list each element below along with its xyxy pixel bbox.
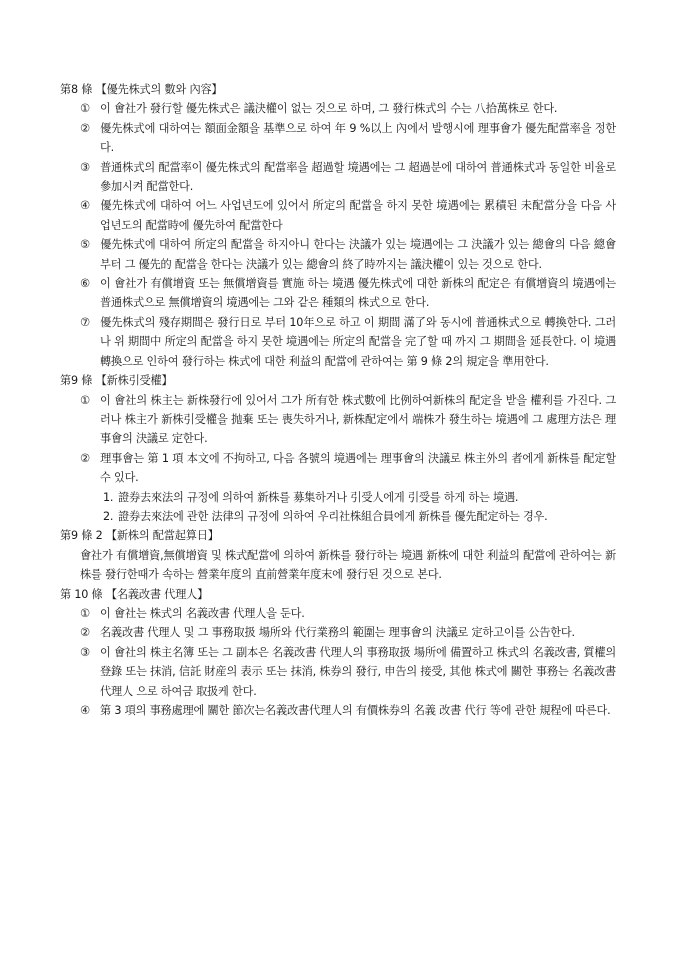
paragraph-number: ⑤: [80, 235, 100, 254]
article-9: 第9 條 【新株引受權】 ①이 會社의 株主는 新株發行에 있어서 그가 所有한…: [60, 371, 616, 526]
paragraph-text: 優先株式에 대하여 所定의 配當을 하지아니 한다는 決議가 있는 境遇에는 그…: [100, 238, 616, 270]
paragraph-text: 이 會社의 株主는 新株發行에 있어서 그가 所有한 株式數에 比例하여新株의 …: [100, 394, 616, 446]
article-9-2: 第9 條 2 【新株의 配當起算日】 會社가 有償增資,無償增資 및 株式配當에…: [60, 526, 616, 584]
paragraph: ①이 會社의 株主는 新株發行에 있어서 그가 所有한 株式數에 比例하여新株의…: [60, 391, 616, 449]
sub-item-number: 2.: [103, 507, 118, 526]
sub-item-number: 1.: [103, 488, 118, 507]
paragraph: ④優先株式에 대하여 어느 사업년도에 있어서 所定의 配當을 하지 못한 境遇…: [60, 196, 616, 235]
paragraph: ④第 3 項의 事務處理에 關한 節次는名義改書代理人의 有價株券의 名義 改書…: [60, 701, 616, 720]
paragraph-text: 優先株式의 殘存期間은 發行日로 부터 10年으로 하고 이 期間 滿了와 동시…: [100, 316, 616, 368]
paragraph-text: 普通株式의 配當率이 優先株式의 配當率을 超過할 境遇에는 그 超過분에 대하…: [100, 161, 616, 193]
document-body: 第8 條 【優先株式의 數와 內容】 ①이 會社가 發行할 優先株式은 議決權이…: [60, 80, 616, 720]
paragraph-number: ①: [80, 604, 100, 623]
sub-item-text: 證券去來法에 관한 法律의 규정에 의하여 우리社株組合員에게 新株를 優先配定…: [118, 510, 548, 523]
paragraph: ⑤優先株式에 대하여 所定의 配當을 하지아니 한다는 決議가 있는 境遇에는 …: [60, 235, 616, 274]
paragraph-text: 優先株式에 대하여 어느 사업년도에 있어서 所定의 配當을 하지 못한 境遇에…: [100, 199, 616, 231]
sub-item-text: 證券去來法의 규정에 의하여 新株를 募集하거나 引受人에게 引受를 하게 하는…: [118, 491, 518, 504]
paragraph: ③普通株式의 配當率이 優先株式의 配當率을 超過할 境遇에는 그 超過분에 대…: [60, 158, 616, 197]
paragraph-text: 名義改書 代理人 및 그 事務取扱 場所와 代行業務의 範圍는 理事會의 決議로…: [100, 626, 575, 639]
paragraph-number: ⑥: [80, 274, 100, 293]
paragraph-number: ③: [80, 643, 100, 662]
paragraph: ③이 會社의 株主名簿 또는 그 副本은 名義改書 代理人의 事務取扱 場所에 …: [60, 643, 616, 701]
paragraph-text: 이 會社의 株主名簿 또는 그 副本은 名義改書 代理人의 事務取扱 場所에 備…: [100, 646, 616, 698]
paragraph-number: ②: [80, 623, 100, 642]
paragraph-text: 이 會社가 發行할 優先株式은 議決權이 없는 것으로 하며, 그 發行株式의 …: [100, 102, 557, 115]
paragraph: ②優先株式에 대하여는 額面金額을 基準으로 하여 年 9 %以上 內에서 발행…: [60, 119, 616, 158]
paragraph-number: ④: [80, 701, 100, 720]
paragraph-number: ④: [80, 196, 100, 215]
paragraph-text: 이 會社가 有償增資 또는 無償增資를 實施 하는 境遇 優先株式에 대한 新株…: [100, 277, 616, 309]
article-title: 第 10 條 【名義改書 代理人】: [60, 585, 616, 604]
article-8: 第8 條 【優先株式의 數와 內容】 ①이 會社가 發行할 優先株式은 議決權이…: [60, 80, 616, 371]
paragraph: ⑦優先株式의 殘存期間은 發行日로 부터 10年으로 하고 이 期間 滿了와 동…: [60, 313, 616, 371]
paragraph-number: ①: [80, 99, 100, 118]
article-title: 第9 條 2 【新株의 配當起算日】: [60, 526, 616, 545]
paragraph-text: 優先株式에 대하여는 額面金額을 基準으로 하여 年 9 %以上 內에서 발행시…: [100, 122, 616, 154]
article-body: 會社가 有償增資,無償增資 및 株式配當에 의하여 新株를 發行하는 境遇 新株…: [60, 546, 616, 585]
paragraph-text: 理事會는 第 1 項 本文에 不拘하고, 다음 各號의 境遇에는 理事會의 決議…: [100, 452, 616, 484]
document-page: 第8 條 【優先株式의 數와 內容】 ①이 會社가 發行할 優先株式은 議決權이…: [0, 0, 680, 962]
paragraph-text: 이 會社는 株式의 名義改書 代理人을 둔다.: [100, 607, 305, 620]
paragraph-number: ①: [80, 391, 100, 410]
article-10: 第 10 條 【名義改書 代理人】 ①이 會社는 株式의 名義改書 代理人을 둔…: [60, 585, 616, 721]
paragraph: ⑥이 會社가 有償增資 또는 無償增資를 實施 하는 境遇 優先株式에 대한 新…: [60, 274, 616, 313]
paragraph: ①이 會社가 發行할 優先株式은 議決權이 없는 것으로 하며, 그 發行株式의…: [60, 99, 616, 118]
paragraph: ②名義改書 代理人 및 그 事務取扱 場所와 代行業務의 範圍는 理事會의 決議…: [60, 623, 616, 642]
sub-item: 1.證券去來法의 규정에 의하여 新株를 募集하거나 引受人에게 引受를 하게 …: [60, 488, 616, 507]
article-title: 第8 條 【優先株式의 數와 內容】: [60, 80, 616, 99]
paragraph-number: ③: [80, 158, 100, 177]
paragraph-number: ②: [80, 449, 100, 468]
paragraph: ②理事會는 第 1 項 本文에 不拘하고, 다음 各號의 境遇에는 理事會의 決…: [60, 449, 616, 488]
article-title: 第9 條 【新株引受權】: [60, 371, 616, 390]
paragraph-number: ⑦: [80, 313, 100, 332]
paragraph: ①이 會社는 株式의 名義改書 代理人을 둔다.: [60, 604, 616, 623]
paragraph-text: 第 3 項의 事務處理에 關한 節次는名義改書代理人의 有價株券의 名義 改書 …: [100, 704, 610, 717]
paragraph-number: ②: [80, 119, 100, 138]
sub-item: 2.證券去來法에 관한 法律의 규정에 의하여 우리社株組合員에게 新株를 優先…: [60, 507, 616, 526]
